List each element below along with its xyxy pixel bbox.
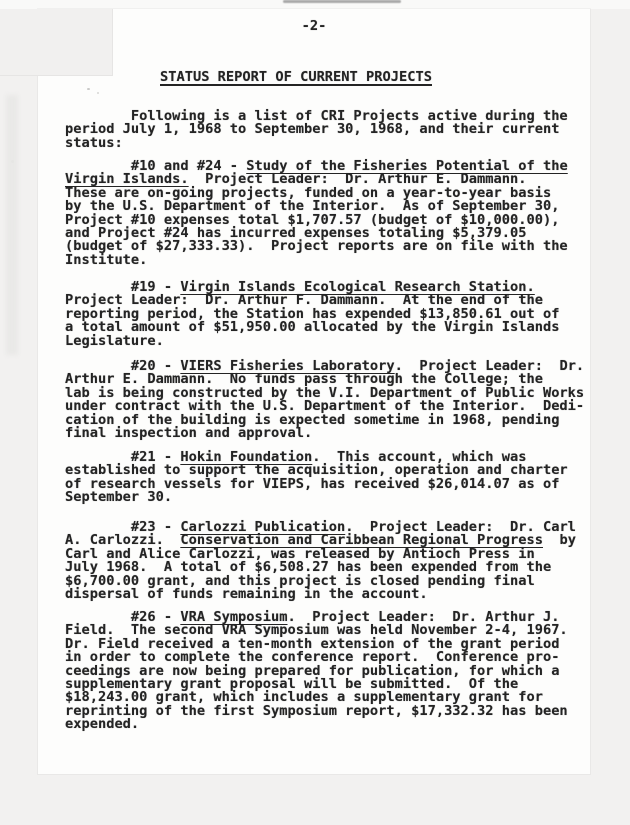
scanned-page: -2- STATUS REPORT OF CURRENT PROJECTS Fo… (38, 9, 590, 774)
text-line: period July 1, 1968 to September 30, 196… (65, 123, 587, 136)
document-body: Following is a list of CRI Projects acti… (65, 9, 587, 774)
scan-speck (87, 88, 90, 90)
text-line: September 30. (65, 491, 587, 504)
scanner-margin-shading (6, 95, 18, 355)
text-line: status: (65, 137, 587, 150)
text-line: Legislature. (65, 335, 587, 348)
scan-artifact-streak (283, 0, 401, 3)
paragraph-intro: Following is a list of CRI Projects acti… (65, 110, 587, 150)
paragraph-project-21: #21 - Hokin Foundation. This account, wh… (65, 451, 587, 505)
scan-speck (97, 92, 99, 94)
text-line: dispersal of funds remaining in the acco… (65, 588, 587, 601)
text-line: final inspection and approval. (65, 427, 587, 440)
paragraph-project-20: #20 - VIERS Fisheries Laboratory. Projec… (65, 360, 587, 440)
paragraph-project-10-24: #10 and #24 - Study of the Fisheries Pot… (65, 160, 587, 267)
scan-canvas: -2- STATUS REPORT OF CURRENT PROJECTS Fo… (0, 0, 630, 825)
scan-speck (11, 160, 14, 163)
paragraph-project-23: #23 - Carlozzi Publication. Project Lead… (65, 521, 587, 601)
text-line: expended. (65, 718, 587, 731)
text-line: Institute. (65, 254, 587, 267)
text-line: reprinting of the first Symposium report… (65, 705, 587, 718)
paragraph-project-19: #19 - Virgin Islands Ecological Research… (65, 281, 587, 348)
paragraph-project-26: #26 - VRA Symposium. Project Leader: Dr.… (65, 611, 587, 732)
